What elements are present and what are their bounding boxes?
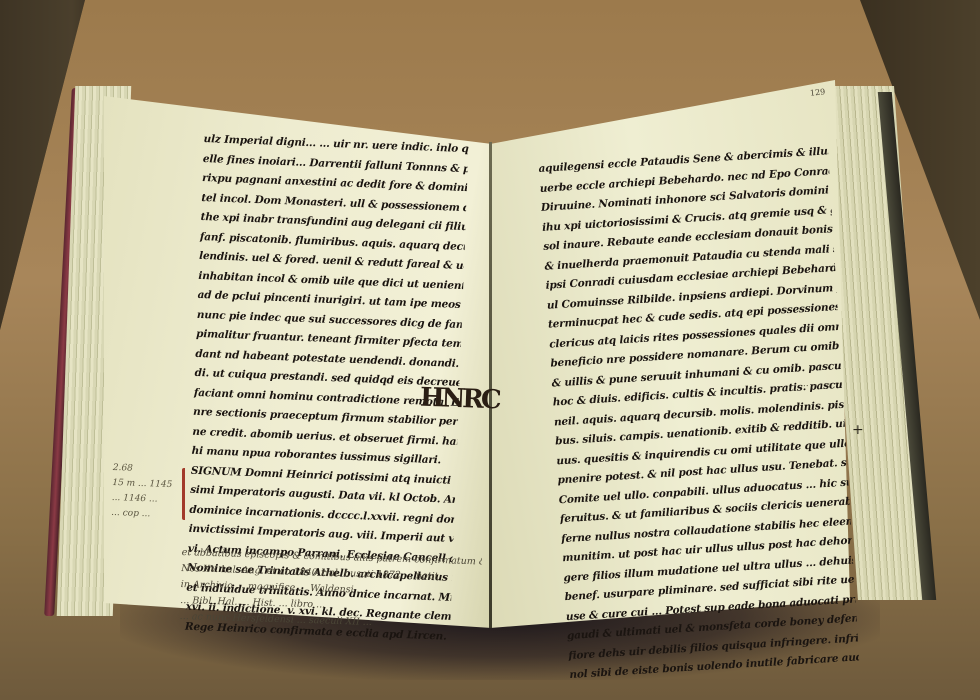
right-page-text: aquilegensi eccle Pataudis Sene & aberci…	[538, 142, 860, 685]
margin-note-line: ... cop ...	[111, 506, 172, 523]
cross-mark-icon: +	[852, 422, 864, 438]
imperial-monogram: HNRC	[420, 383, 500, 416]
photo-scene: 129 ulz Imperial digni... ... uir nr. ue…	[0, 0, 980, 700]
folio-number: 129	[810, 87, 826, 98]
left-margin-notes: 2.68 15 m ... 1145 ... 1146 ... ... cop …	[111, 461, 173, 523]
later-annotations: et abbatibus episcopis & comitibus aliis…	[179, 545, 481, 634]
rubricated-initial	[182, 468, 193, 520]
